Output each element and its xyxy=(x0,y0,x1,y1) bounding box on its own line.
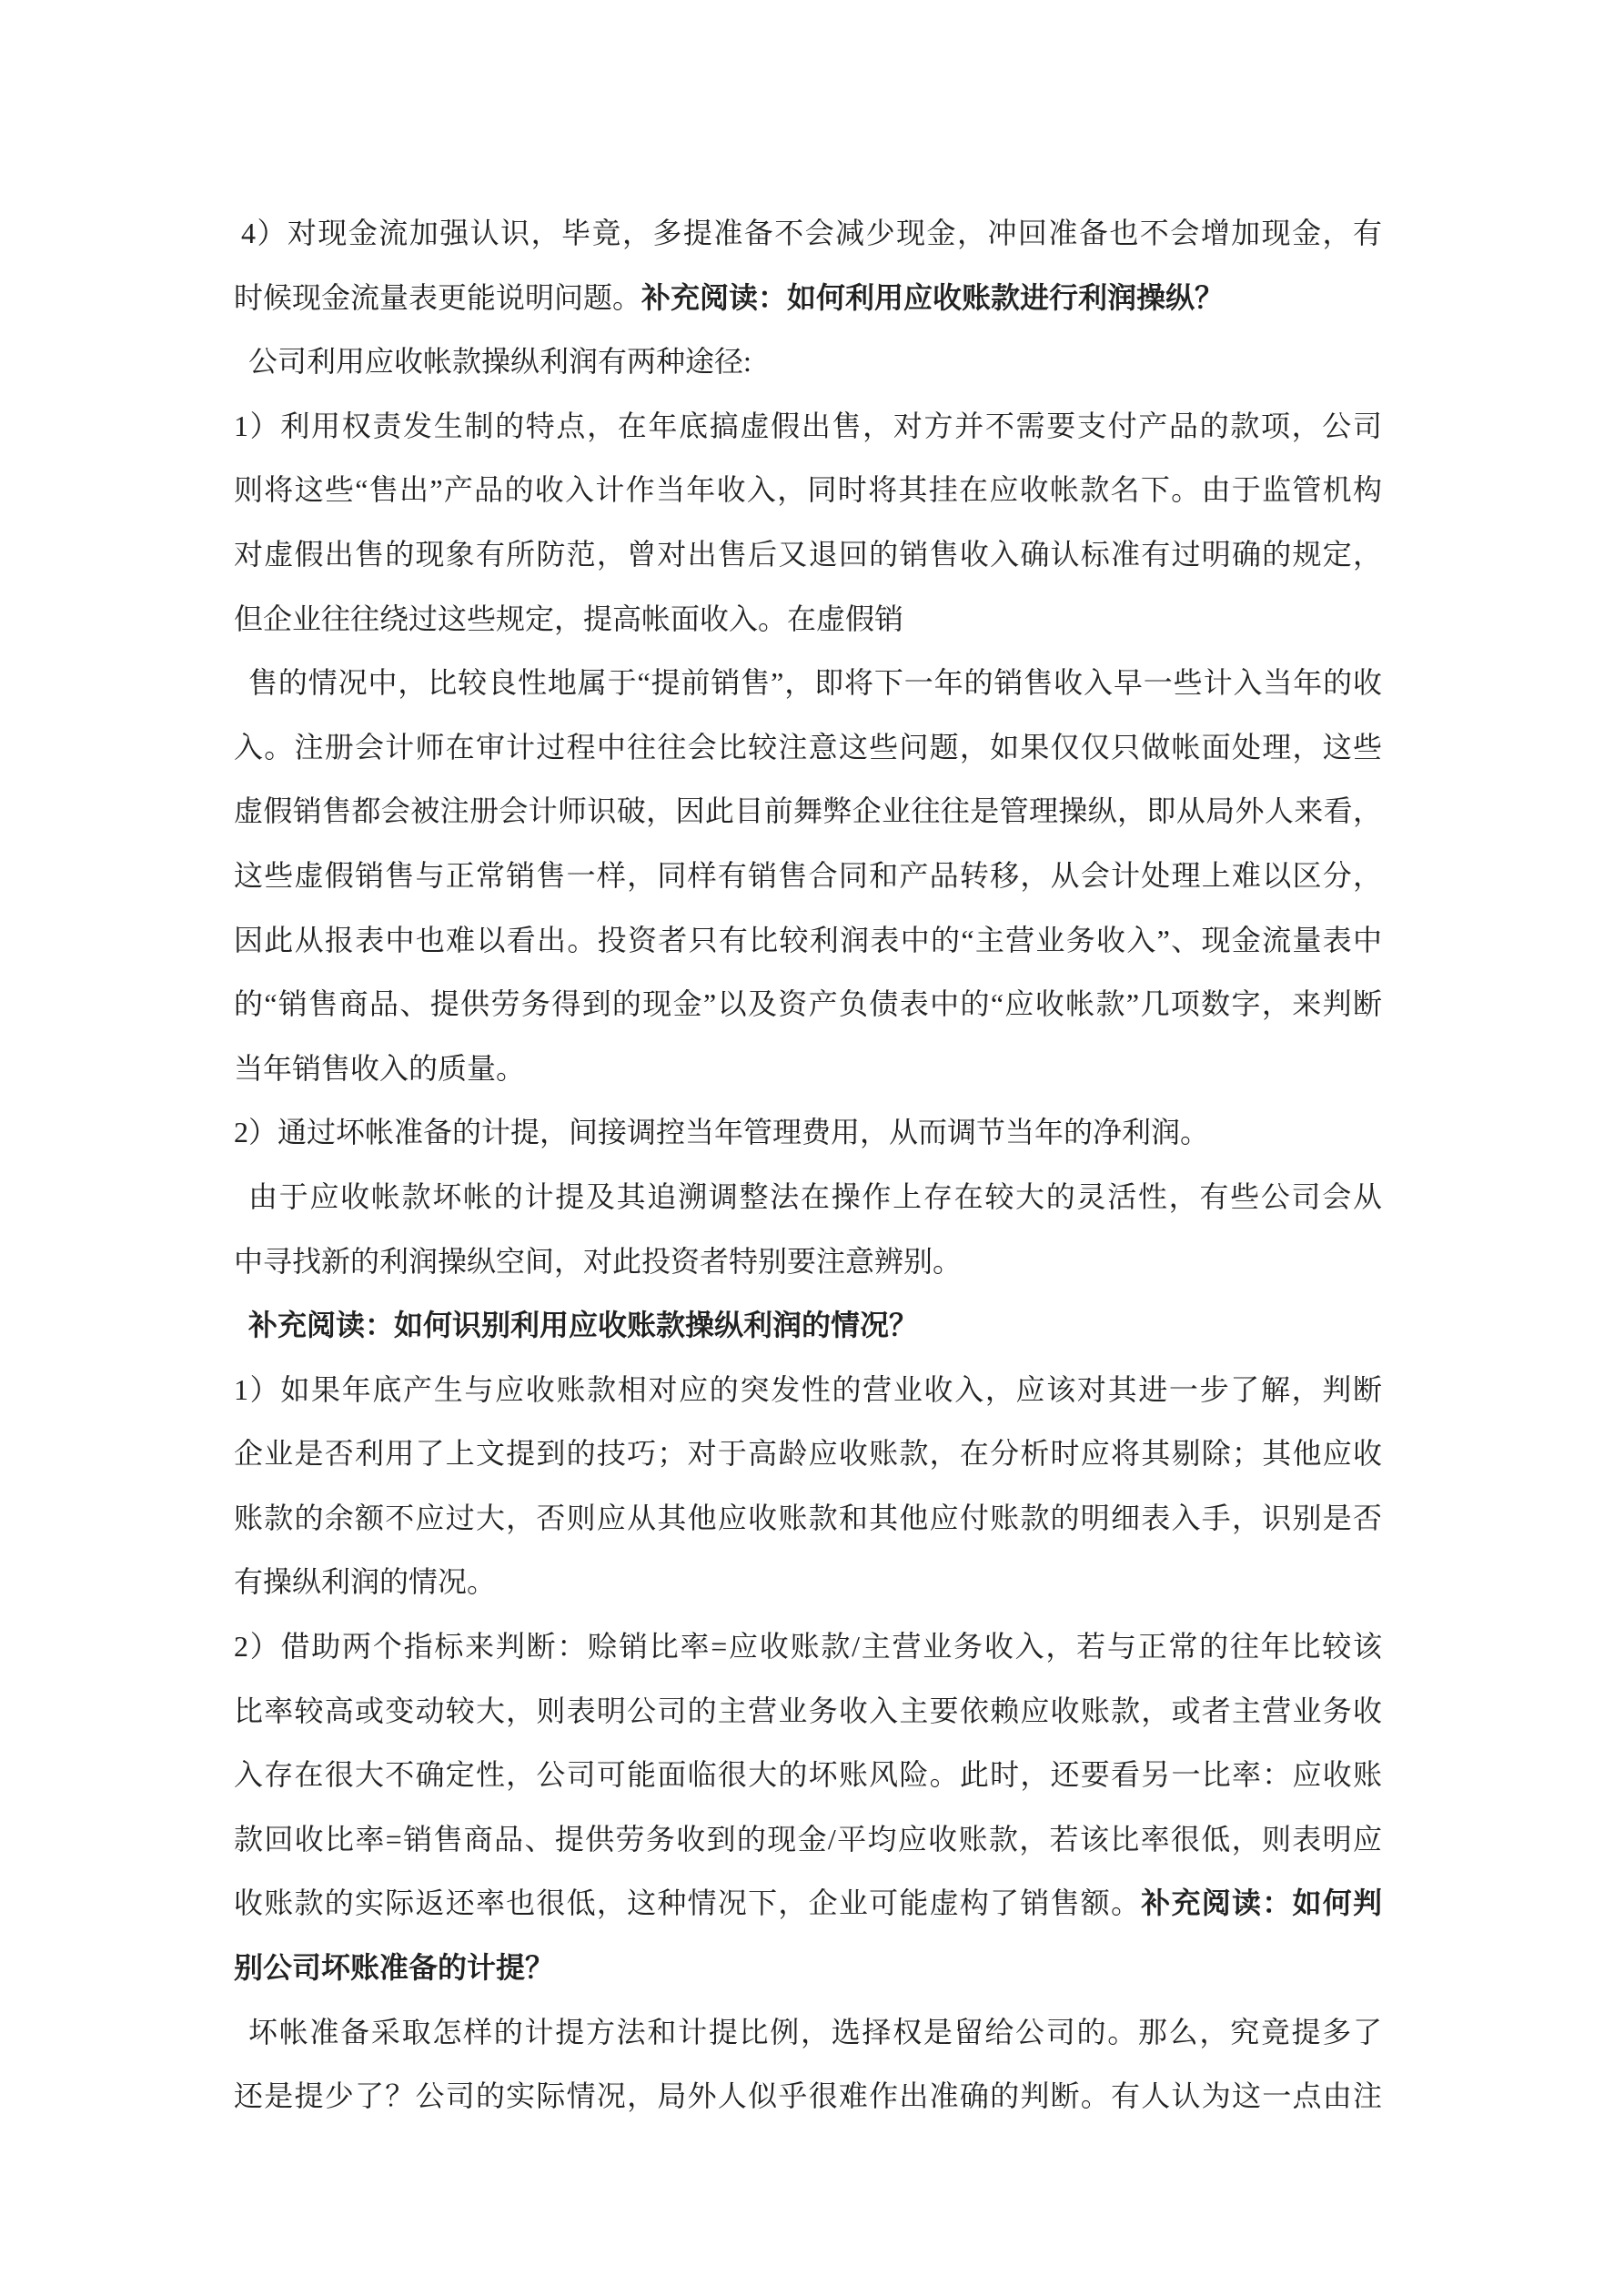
text-segment: 有操纵利润的情况。 xyxy=(234,1565,496,1598)
text-segment: 公司利用应收帐款操纵利润有两种途径: xyxy=(248,345,751,378)
text-segment: 这些虚假销售与正常销售一样，同样有销售合同和产品转移，从会计处理上难以区分， xyxy=(234,859,1382,892)
text-line: 别公司坏账准备的计提？ xyxy=(234,1936,1382,2000)
bold-text-segment: 别公司坏账准备的计提？ xyxy=(234,1951,554,1984)
text-line: 1）如果年底产生与应收账款相对应的突发性的营业收入，应该对其进一步了解，判断 xyxy=(234,1358,1382,1422)
text-line: 但企业往往绕过这些规定，提高帐面收入。在虚假销 xyxy=(234,587,1382,652)
text-line: 当年销售收入的质量。 xyxy=(234,1037,1382,1101)
text-segment: 中寻找新的利润操纵空间，对此投资者特别要注意辨别。 xyxy=(234,1245,962,1278)
text-line: 收账款的实际返还率也很低，这种情况下，企业可能虚构了销售额。补充阅读：如何判 xyxy=(234,1871,1382,1936)
text-segment: 1）如果年底产生与应收账款相对应的突发性的营业收入，应该对其进一步了解，判断 xyxy=(234,1373,1382,1406)
text-segment: 时候现金流量表更能说明问题。 xyxy=(234,281,641,314)
text-line: 则将这些“售出”产品的收入计作当年收入，同时将其挂在应收帐款名下。由于监管机构 xyxy=(234,458,1382,522)
text-segment: 入存在很大不确定性，公司可能面临很大的坏账风险。此时，还要看另一比率：应收账 xyxy=(234,1758,1382,1791)
text-line: 售的情况中，比较良性地属于“提前销售”，即将下一年的销售收入早一些计入当年的收 xyxy=(234,651,1382,715)
text-line: 有操纵利润的情况。 xyxy=(234,1550,1382,1614)
text-segment: 虚假销售都会被注册会计师识破，因此目前舞弊企业往往是管理操纵，即从局外人来看， xyxy=(234,794,1382,827)
text-line: 对虚假出售的现象有所防范，曾对出售后又退回的销售收入确认标准有过明确的规定， xyxy=(234,522,1382,587)
bold-text-segment: 补充阅读：如何识别利用应收账款操纵利润的情况？ xyxy=(248,1309,918,1341)
text-line: 2）借助两个指标来判断：赊销比率=应收账款/主营业务收入，若与正常的往年比较该 xyxy=(234,1614,1382,1679)
text-line: 时候现金流量表更能说明问题。补充阅读：如何利用应收账款进行利润操纵？ xyxy=(234,266,1382,330)
text-segment: 款回收比率=销售商品、提供劳务收到的现金/平均应收账款，若该比率很低，则表明应 xyxy=(234,1823,1382,1856)
text-segment: 1）利用权责发生制的特点，在年底搞虚假出售，对方并不需要支付产品的款项，公司 xyxy=(234,410,1382,442)
text-line: 由于应收帐款坏帐的计提及其追溯调整法在操作上存在较大的灵活性，有些公司会从 xyxy=(234,1165,1382,1229)
text-segment: 的“销售商品、提供劳务得到的现金”以及资产负债表中的“应收帐款”几项数字，来判断 xyxy=(234,987,1382,1020)
text-segment: 入。注册会计师在审计过程中往往会比较注意这些问题，如果仅仅只做帐面处理，这些 xyxy=(234,731,1382,764)
text-segment: 还是提少了？公司的实际情况，局外人似乎很难作出准确的判断。有人认为这一点由注 xyxy=(234,2079,1382,2112)
text-line: 2）通过坏帐准备的计提，间接调控当年管理费用，从而调节当年的净利润。 xyxy=(234,1100,1382,1165)
text-segment: 4）对现金流加强认识，毕竟，多提准备不会减少现金，冲回准备也不会增加现金，有 xyxy=(241,217,1382,249)
text-segment: 因此从报表中也难以看出。投资者只有比较利润表中的“主营业务收入”、现金流量表中 xyxy=(234,924,1382,956)
text-segment: 当年销售收入的质量。 xyxy=(234,1052,525,1085)
text-segment: 2）通过坏帐准备的计提，间接调控当年管理费用，从而调节当年的净利润。 xyxy=(234,1116,1209,1148)
text-segment: 由于应收帐款坏帐的计提及其追溯调整法在操作上存在较大的灵活性，有些公司会从 xyxy=(248,1180,1382,1213)
text-segment: 账款的余额不应过大，否则应从其他应收账款和其他应付账款的明细表入手，识别是否 xyxy=(234,1502,1382,1534)
text-line: 1）利用权责发生制的特点，在年底搞虚假出售，对方并不需要支付产品的款项，公司 xyxy=(234,394,1382,459)
text-segment: 坏帐准备采取怎样的计提方法和计提比例，选择权是留给公司的。那么，究竟提多了 xyxy=(248,2016,1382,2048)
text-line: 比率较高或变动较大，则表明公司的主营业务收入主要依赖应收账款，或者主营业务收 xyxy=(234,1679,1382,1744)
text-line: 入。注册会计师在审计过程中往往会比较注意这些问题，如果仅仅只做帐面处理，这些 xyxy=(234,715,1382,780)
bold-text-segment: 补充阅读：如何利用应收账款进行利润操纵？ xyxy=(641,281,1224,314)
text-line: 中寻找新的利润操纵空间，对此投资者特别要注意辨别。 xyxy=(234,1229,1382,1294)
bold-text-segment: 补充阅读：如何判 xyxy=(1141,1886,1382,1919)
text-line: 坏帐准备采取怎样的计提方法和计提比例，选择权是留给公司的。那么，究竟提多了 xyxy=(234,2000,1382,2065)
text-line: 的“销售商品、提供劳务得到的现金”以及资产负债表中的“应收帐款”几项数字，来判断 xyxy=(234,972,1382,1037)
text-line: 虚假销售都会被注册会计师识破，因此目前舞弊企业往往是管理操纵，即从局外人来看， xyxy=(234,779,1382,844)
text-line: 补充阅读：如何识别利用应收账款操纵利润的情况？ xyxy=(234,1293,1382,1358)
text-segment: 但企业往往绕过这些规定，提高帐面收入。在虚假销 xyxy=(234,602,903,635)
text-segment: 则将这些“售出”产品的收入计作当年收入，同时将其挂在应收帐款名下。由于监管机构 xyxy=(234,473,1382,506)
text-segment: 对虚假出售的现象有所防范，曾对出售后又退回的销售收入确认标准有过明确的规定， xyxy=(234,538,1382,571)
text-line: 这些虚假销售与正常销售一样，同样有销售合同和产品转移，从会计处理上难以区分， xyxy=(234,844,1382,908)
document-page: 4）对现金流加强认识，毕竟，多提准备不会减少现金，冲回准备也不会增加现金，有时候… xyxy=(0,0,1624,2296)
text-line: 还是提少了？公司的实际情况，局外人似乎很难作出准确的判断。有人认为这一点由注 xyxy=(234,2064,1382,2129)
text-segment: 比率较高或变动较大，则表明公司的主营业务收入主要依赖应收账款，或者主营业务收 xyxy=(234,1694,1382,1727)
text-segment: 收账款的实际返还率也很低，这种情况下，企业可能虚构了销售额。 xyxy=(234,1886,1141,1919)
text-line: 款回收比率=销售商品、提供劳务收到的现金/平均应收账款，若该比率很低，则表明应 xyxy=(234,1807,1382,1872)
text-segment: 售的情况中，比较良性地属于“提前销售”，即将下一年的销售收入早一些计入当年的收 xyxy=(248,666,1382,699)
text-segment: 企业是否利用了上文提到的技巧；对于高龄应收账款，在分析时应将其剔除；其他应收 xyxy=(234,1437,1382,1470)
text-segment: 2）借助两个指标来判断：赊销比率=应收账款/主营业务收入，若与正常的往年比较该 xyxy=(234,1630,1382,1663)
text-line: 入存在很大不确定性，公司可能面临很大的坏账风险。此时，还要看另一比率：应收账 xyxy=(234,1743,1382,1807)
text-line: 账款的余额不应过大，否则应从其他应收账款和其他应付账款的明细表入手，识别是否 xyxy=(234,1486,1382,1551)
document-text-body: 4）对现金流加强认识，毕竟，多提准备不会减少现金，冲回准备也不会增加现金，有时候… xyxy=(234,201,1382,2129)
text-line: 4）对现金流加强认识，毕竟，多提准备不会减少现金，冲回准备也不会增加现金，有 xyxy=(234,201,1382,266)
text-line: 因此从报表中也难以看出。投资者只有比较利润表中的“主营业务收入”、现金流量表中 xyxy=(234,908,1382,973)
text-line: 公司利用应收帐款操纵利润有两种途径: xyxy=(234,329,1382,394)
text-line: 企业是否利用了上文提到的技巧；对于高龄应收账款，在分析时应将其剔除；其他应收 xyxy=(234,1421,1382,1486)
